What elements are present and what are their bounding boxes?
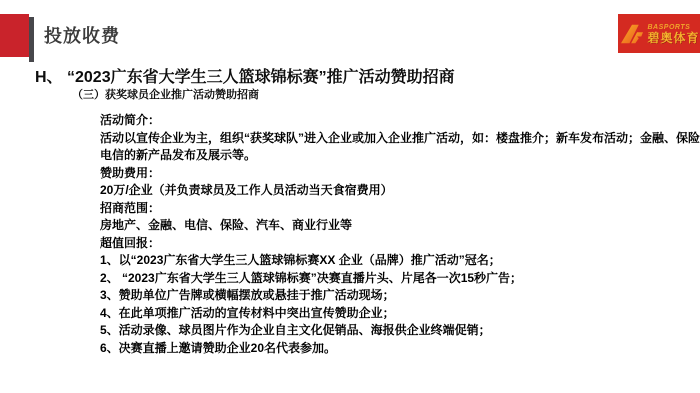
- body-line-returns-header: 超值回报：: [100, 235, 660, 253]
- body-line-fee: 20万/企业（并负责球员及工作人员活动当天食宿费用）: [100, 182, 660, 200]
- body-line-return-4: 4、在此单项推广活动的宣传材料中突出宣传赞助企业；: [100, 305, 660, 323]
- brand-text-block: BASPORTS 碧奥体育: [648, 24, 700, 44]
- body-line-intro-1: 活动以宣传企业为主，组织“获奖球队”进入企业或加入企业推广活动，如：楼盘推介；新…: [100, 130, 660, 148]
- page-title: H、 “2023广东省大学生三人篮球锦标赛”推广活动赞助招商: [35, 64, 455, 87]
- body-line-fee-header: 赞助费用：: [100, 165, 660, 183]
- page-subtitle: （三）获奖球员企业推广活动赞助招商: [72, 86, 259, 102]
- header-accent-square: [0, 14, 29, 57]
- section-title: 投放收费: [44, 22, 120, 48]
- body-line-scope-header: 招商范围：: [100, 200, 660, 218]
- brand-logo: BASPORTS 碧奥体育: [618, 14, 700, 53]
- body-line-intro-2: 电信的新产品发布及展示等。: [100, 147, 660, 165]
- brand-name-cn: 碧奥体育: [648, 32, 700, 44]
- header-accent-shadow: [29, 17, 34, 62]
- body-line-return-3: 3、赞助单位广告牌或横幅摆放或悬挂于推广活动现场；: [100, 287, 660, 305]
- body-line-return-5: 5、活动录像、球员图片作为企业自主文化促销品、海报供企业终端促销；: [100, 322, 660, 340]
- body-line-return-6: 6、决赛直播上邀请赞助企业20名代表参加。: [100, 340, 660, 358]
- ag-monogram-icon: [619, 23, 645, 45]
- body-text: 活动简介： 活动以宣传企业为主，组织“获奖球队”进入企业或加入企业推广活动，如：…: [100, 112, 660, 357]
- body-line-intro-header: 活动简介：: [100, 112, 660, 130]
- body-line-return-1: 1、以“2023广东省大学生三人篮球锦标赛XX 企业（品牌）推广活动”冠名；: [100, 252, 660, 270]
- body-line-scope: 房地产、金融、电信、保险、汽车、商业行业等: [100, 217, 660, 235]
- brand-name-en: BASPORTS: [648, 24, 700, 31]
- body-line-return-2: 2、 “2023广东省大学生三人篮球锦标赛”决赛直播片头、片尾各一次15秒广告；: [100, 270, 660, 288]
- slide: 投放收费 BASPORTS 碧奥体育 H、 “2023广东省大学生三人篮球锦标赛…: [0, 0, 700, 393]
